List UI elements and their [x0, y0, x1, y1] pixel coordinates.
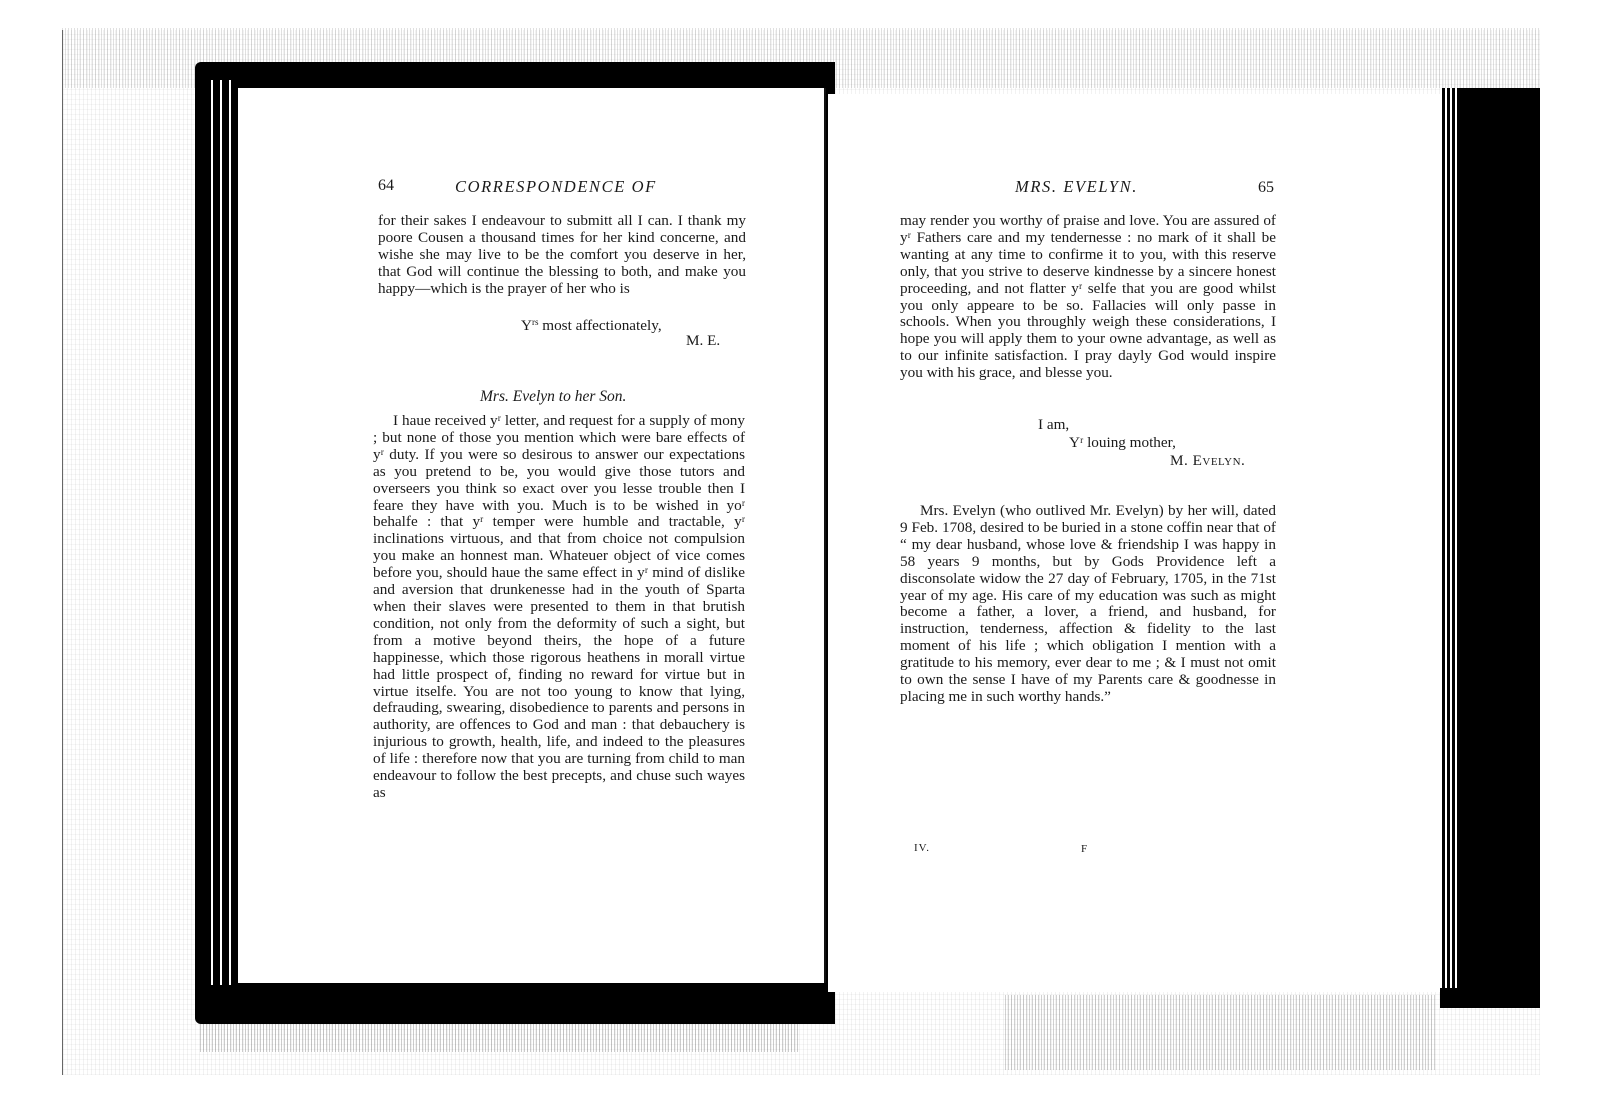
letter-heading: Mrs. Evelyn to her Son.: [480, 388, 626, 406]
right-bottom-shadow: [1005, 995, 1435, 1070]
left-letter-body: I haue received yʳ letter, and request f…: [373, 413, 745, 802]
right-closing-line: Yʳ louing mother,: [1069, 434, 1176, 451]
gathering-signature-mark: F: [1081, 843, 1088, 855]
right-page-edges: [1440, 88, 1458, 988]
left-continued-text: for their sakes I endeavour to submitt a…: [378, 213, 746, 298]
right-continued-text: may render you worthy of praise and love…: [900, 213, 1276, 382]
closing-line: most affectionately,: [538, 317, 661, 334]
left-signature: M. E.: [686, 332, 720, 349]
right-signature: M. Evelyn.: [1170, 452, 1245, 469]
left-running-head: CORRESPONDENCE OF: [455, 177, 657, 197]
paragraph: may render you worthy of praise and love…: [900, 213, 1276, 382]
right-folio: 65: [1258, 179, 1274, 197]
closing-yrs: Y: [521, 317, 532, 334]
paragraph: I haue received yʳ letter, and request f…: [373, 413, 745, 802]
right-closing-i-am: I am,: [1038, 416, 1069, 433]
paragraph: for their sakes I endeavour to submitt a…: [378, 213, 746, 298]
left-closing: Yrs most affectionately,: [521, 314, 662, 334]
left-page-edges: [208, 80, 234, 985]
left-bottom-shadow: [200, 1012, 800, 1052]
right-running-head: MRS. EVELYN.: [1015, 177, 1138, 197]
editorial-note: Mrs. Evelyn (who outlived Mr. Evelyn) by…: [900, 503, 1276, 706]
paragraph: Mrs. Evelyn (who outlived Mr. Evelyn) by…: [900, 503, 1276, 706]
left-folio: 64: [378, 177, 394, 195]
volume-mark: IV.: [914, 842, 930, 854]
